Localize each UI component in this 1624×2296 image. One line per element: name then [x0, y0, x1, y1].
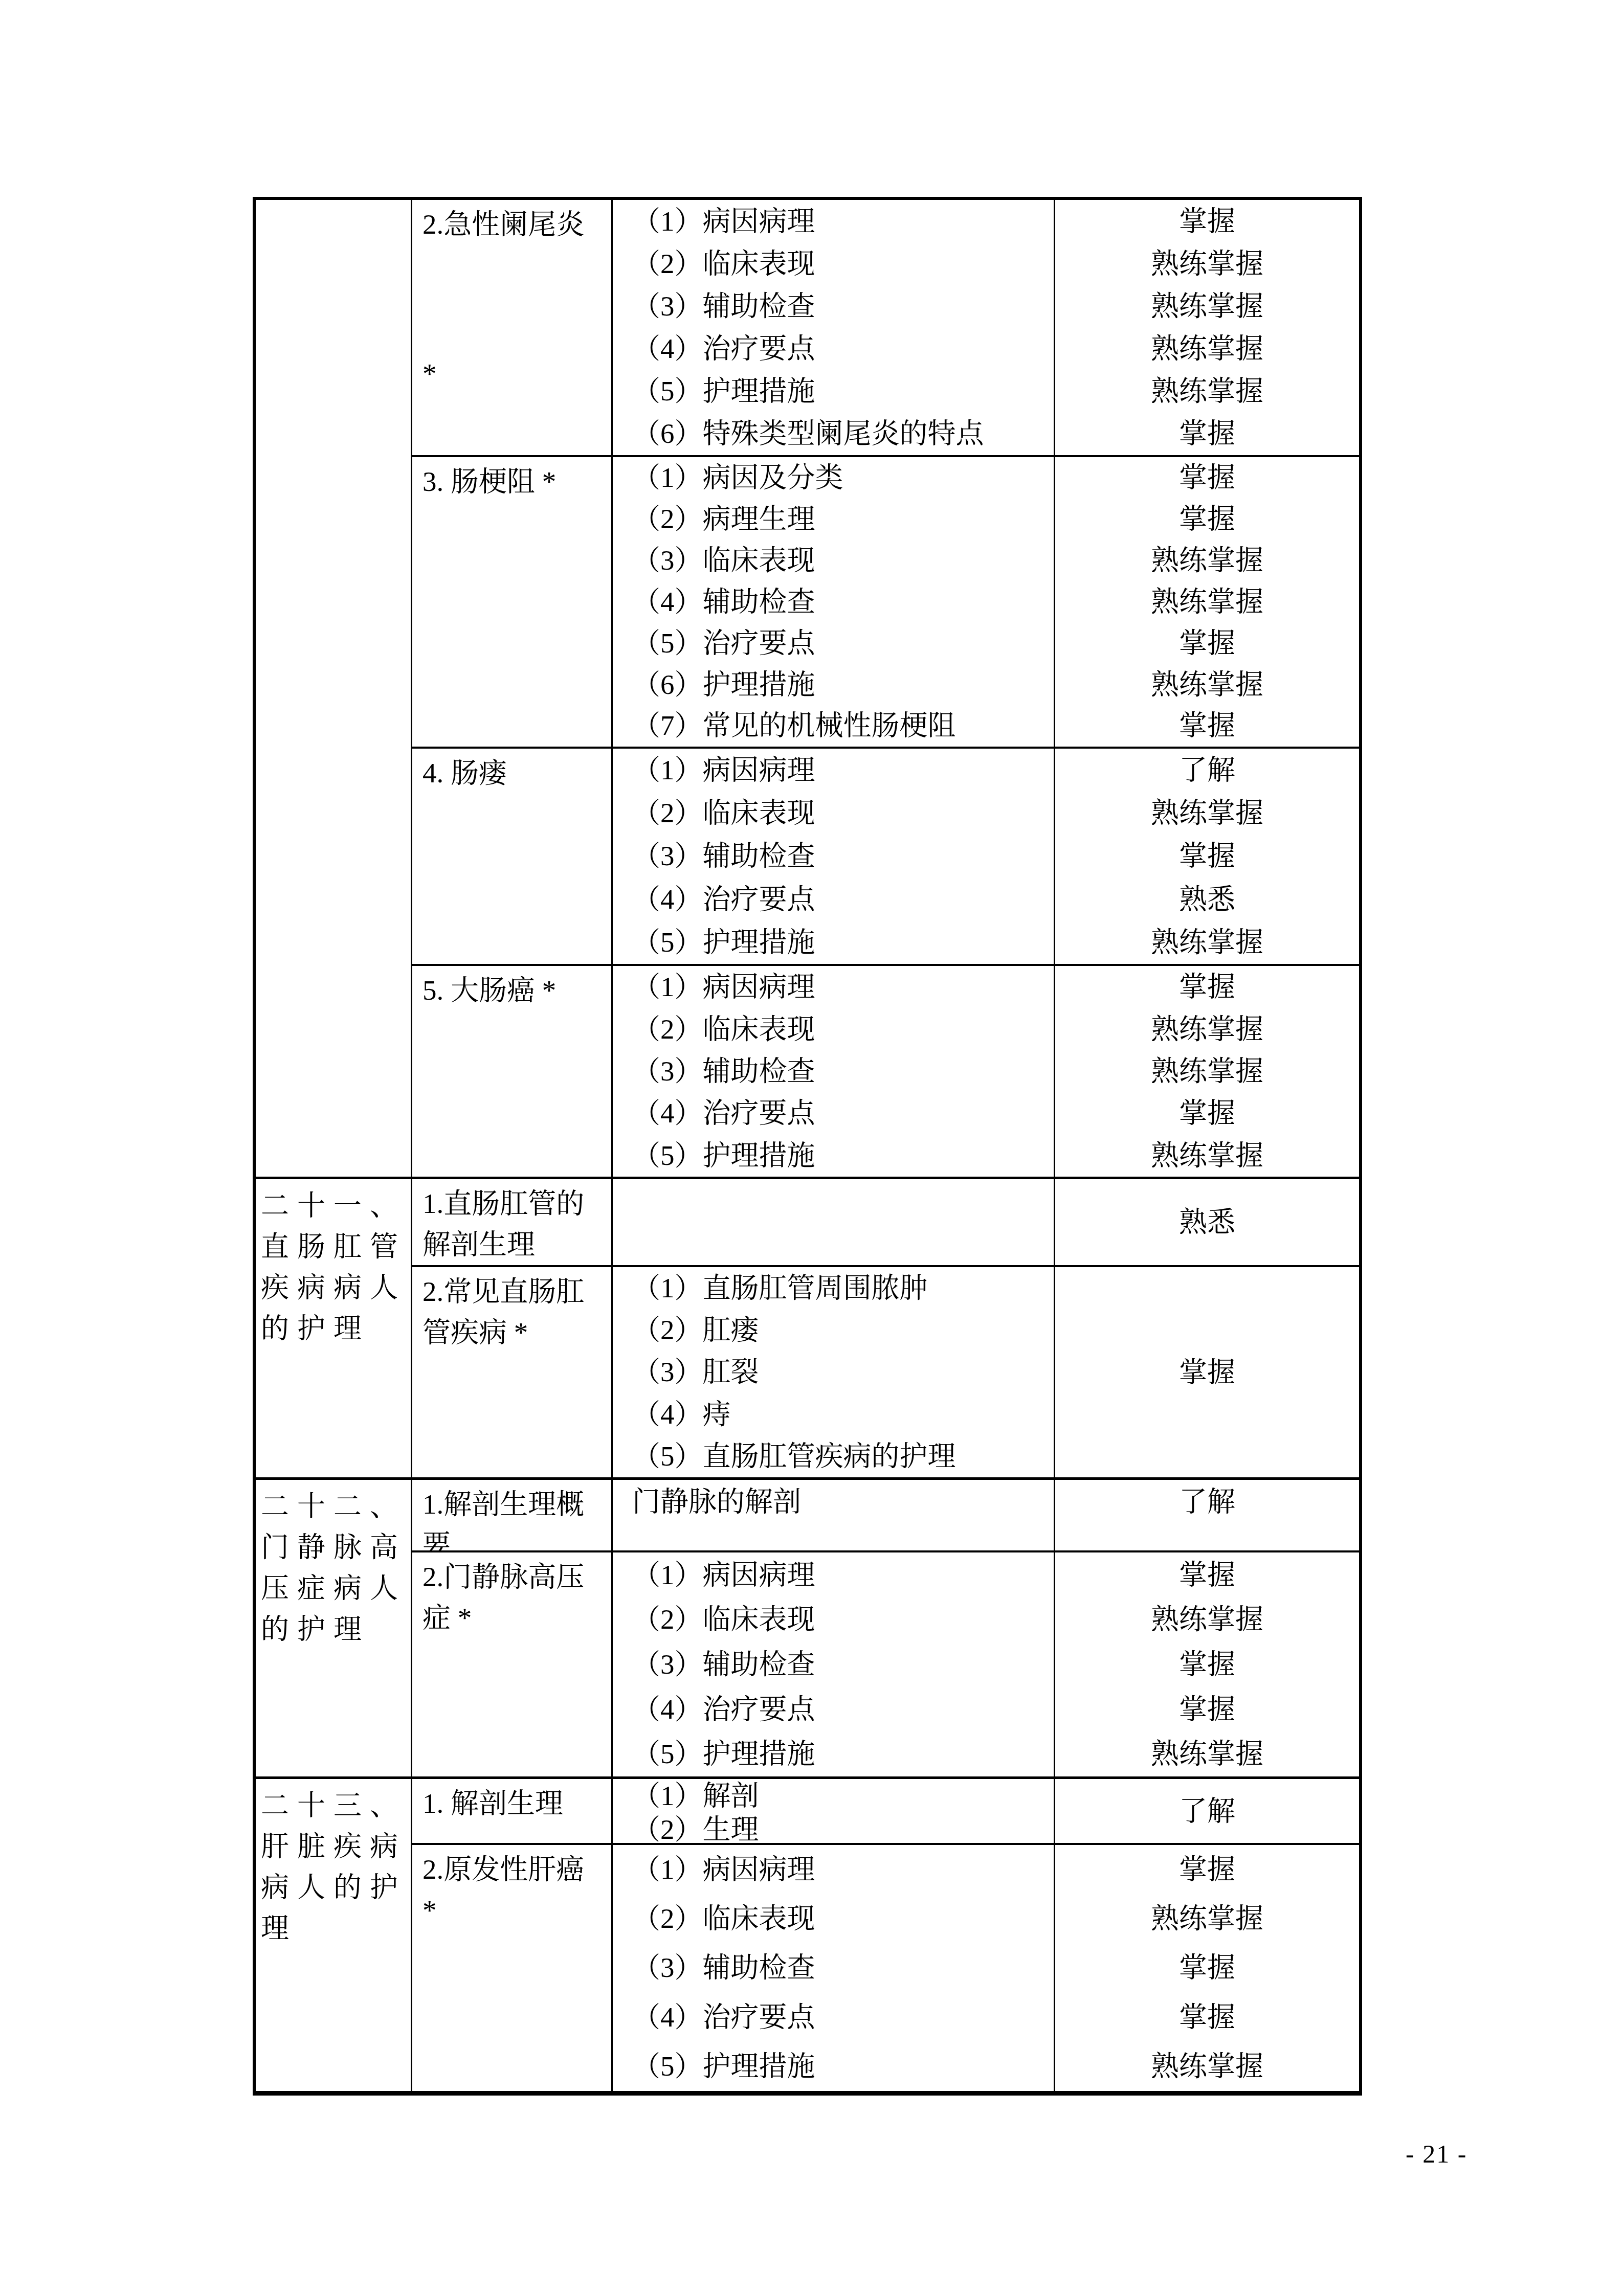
item-line: （1）病因病理 — [632, 753, 1054, 787]
mastery-level: 熟悉 — [1055, 883, 1359, 916]
mastery-level: 熟练掌握 — [1055, 1902, 1359, 1935]
item-line: （5）护理措施 — [632, 2050, 1054, 2083]
mastery-level: 了解 — [1055, 1485, 1359, 1519]
item-line: （6）特殊类型阑尾炎的特点 — [632, 417, 1054, 451]
item-line: （5）护理措施 — [632, 374, 1054, 408]
section-label-line: 症 * — [422, 1597, 607, 1638]
section-label-line: 3. 肠梗阻 * — [422, 461, 607, 502]
mastery-level: 熟练掌握 — [1055, 585, 1359, 619]
mastery-level: 熟练掌握 — [1055, 332, 1359, 366]
mastery-level: 掌握 — [1055, 1096, 1359, 1130]
items-cell: 门静脉的解剖 — [613, 1480, 1055, 1552]
item-line: （2）肛瘘 — [632, 1313, 1054, 1347]
item-line: （2）临床表现 — [632, 1012, 1054, 1046]
section-label-cell: 2.急性阑尾炎* — [412, 200, 613, 457]
section-label-line: 解剖生理 — [422, 1224, 607, 1265]
section-label-cell: 1.解剖生理概要 — [412, 1480, 613, 1552]
item-line: （2）生理 — [632, 1813, 1054, 1845]
chapter-title-line: 理 — [261, 1908, 408, 1949]
item-line: （4）治疗要点 — [632, 332, 1054, 366]
item-line: （7）常见的机械性肠梗阻 — [632, 709, 1054, 742]
item-line: （4）痔 — [632, 1398, 1054, 1431]
section-label-line: 5. 大肠癌 * — [422, 970, 607, 1011]
item-line: （5）护理措施 — [632, 1737, 1054, 1771]
mastery-level: 掌握 — [1055, 205, 1359, 238]
item-line: （5）护理措施 — [632, 926, 1054, 959]
item-line: （1）直肠肛管周围脓肿 — [632, 1271, 1054, 1305]
mastery-cell: 了解熟练掌握掌握熟悉熟练掌握 — [1055, 749, 1359, 966]
items-cell: （1）病因病理（2）临床表现（3）辅助检查（4）治疗要点（5）护理措施 — [613, 1552, 1055, 1779]
items-cell: （1）直肠肛管周围脓肿（2）肛瘘（3）肛裂（4）痔（5）直肠肛管疾病的护理 — [613, 1267, 1055, 1480]
mastery-level: 熟练掌握 — [1055, 1054, 1359, 1088]
items-cell: （1）解剖（2）生理 — [613, 1779, 1055, 1845]
section-label-cell: 1. 解剖生理 — [412, 1779, 613, 1845]
chapter-title-line: 直肠肛管 — [261, 1226, 408, 1267]
item-line: （3）辅助检查 — [632, 1951, 1054, 1985]
chapter-title-line: 二十三、 — [261, 1785, 408, 1826]
mastery-level: 熟练掌握 — [1055, 1012, 1359, 1046]
section-label-line: 2.原发性肝癌 — [422, 1849, 607, 1890]
section-label-line: 4. 肠瘘 — [422, 753, 607, 794]
item-line: （5）护理措施 — [632, 1139, 1054, 1173]
item-line: （2）临床表现 — [632, 1603, 1054, 1636]
item-line: （1）病因病理 — [632, 205, 1054, 238]
mastery-cell: 掌握掌握熟练掌握熟练掌握掌握熟练掌握掌握 — [1055, 457, 1359, 749]
chapter-title-line: 压症病人 — [261, 1568, 408, 1609]
mastery-level: 了解 — [1055, 753, 1359, 787]
mastery-level: 熟练掌握 — [1055, 1737, 1359, 1771]
mastery-level: 掌握 — [1055, 839, 1359, 873]
item-line: （2）病理生理 — [632, 502, 1054, 536]
item-line: （3）辅助检查 — [632, 1054, 1054, 1088]
mastery-level: 熟练掌握 — [1055, 796, 1359, 830]
item-line: （5）直肠肛管疾病的护理 — [632, 1439, 1054, 1473]
mastery-level: 掌握 — [1055, 1951, 1359, 1985]
mastery-level: 掌握 — [1055, 1558, 1359, 1592]
item-line: （6）护理措施 — [632, 668, 1054, 702]
mastery-level: 熟练掌握 — [1055, 1603, 1359, 1636]
mastery-level: 掌握 — [1055, 970, 1359, 1004]
item-line: （4）治疗要点 — [632, 2000, 1054, 2034]
mastery-level: 掌握 — [1055, 2000, 1359, 2034]
item-line: （1）病因及分类 — [632, 461, 1054, 494]
mastery-level: 熟悉 — [1179, 1207, 1235, 1237]
mastery-level: 熟练掌握 — [1055, 668, 1359, 702]
syllabus-table: 2.急性阑尾炎*（1）病因病理（2）临床表现（3）辅助检查（4）治疗要点（5）护… — [253, 197, 1362, 2096]
section-label-cell: 2.门静脉高压症 * — [412, 1552, 613, 1779]
document-page: { "page": { "number": "- 21 -" }, "table… — [0, 0, 1624, 2296]
mastery-level: 熟练掌握 — [1055, 1139, 1359, 1173]
section-label-line: 2.常见直肠肛 — [422, 1271, 607, 1312]
mastery-level: 熟练掌握 — [1055, 289, 1359, 323]
chapter-cell: 二十三、肝脏疾病病人的护理 — [256, 1779, 412, 2091]
section-label-line: * — [422, 1890, 607, 1931]
chapter-title-line: 疾病病人 — [261, 1267, 408, 1308]
section-label-line: 要 — [422, 1525, 607, 1552]
chapter-title-line: 门静脉高 — [261, 1527, 408, 1568]
mastery-level: 熟练掌握 — [1055, 247, 1359, 281]
mastery-level: 了解 — [1179, 1796, 1235, 1827]
mastery-level: 熟练掌握 — [1055, 374, 1359, 408]
mastery-level: 掌握 — [1055, 1693, 1359, 1726]
chapter-title-line: 二十一、 — [261, 1185, 408, 1226]
item-line: （4）治疗要点 — [632, 1693, 1054, 1726]
page-number: - 21 - — [1406, 2139, 1467, 2169]
section-label-cell: 2.常见直肠肛管疾病 * — [412, 1267, 613, 1480]
item-line: （3）辅助检查 — [632, 839, 1054, 873]
item-line: （2）临床表现 — [632, 1902, 1054, 1935]
mastery-level: 熟练掌握 — [1055, 926, 1359, 959]
item-line: （1）病因病理 — [632, 970, 1054, 1004]
section-label-line: 1.解剖生理概 — [422, 1484, 607, 1525]
item-line: （4）辅助检查 — [632, 585, 1054, 619]
item-line: （1）病因病理 — [632, 1853, 1054, 1886]
section-label-cell: 1.直肠肛管的解剖生理 — [412, 1179, 613, 1267]
mastery-cell: 了解 — [1055, 1779, 1359, 1845]
items-cell: （1）病因病理（2）临床表现（3）辅助检查（4）治疗要点（5）护理措施 — [613, 966, 1055, 1179]
item-line: （3）辅助检查 — [632, 289, 1054, 323]
chapter-title-line: 的护理 — [261, 1308, 408, 1349]
section-label-line: 管疾病 * — [422, 1312, 607, 1353]
mastery-level: 掌握 — [1055, 502, 1359, 536]
mastery-cell: 掌握熟练掌握熟练掌握熟练掌握熟练掌握掌握 — [1055, 200, 1359, 457]
chapter-title-line: 二十二、 — [261, 1486, 408, 1527]
mastery-level: 掌握 — [1055, 461, 1359, 494]
mastery-cell: 熟悉 — [1055, 1179, 1359, 1267]
chapter-title-line: 病人的护 — [261, 1867, 408, 1908]
section-label-line: 1.直肠肛管的 — [422, 1183, 607, 1224]
mastery-cell: 掌握熟练掌握熟练掌握掌握熟练掌握 — [1055, 966, 1359, 1179]
item-line: （3）临床表现 — [632, 544, 1054, 577]
section-label-line: 1. 解剖生理 — [422, 1783, 607, 1824]
item-line: （2）临床表现 — [632, 796, 1054, 830]
mastery-level: 掌握 — [1055, 417, 1359, 451]
items-cell: （1）病因及分类（2）病理生理（3）临床表现（4）辅助检查（5）治疗要点（6）护… — [613, 457, 1055, 749]
chapter-title-line: 的护理 — [261, 1609, 408, 1650]
mastery-cell: 掌握熟练掌握掌握掌握熟练掌握 — [1055, 1845, 1359, 2091]
section-label-cell: 5. 大肠癌 * — [412, 966, 613, 1179]
chapter-cell: 二十一、直肠肛管疾病病人的护理 — [256, 1179, 412, 1480]
mastery-cell: 掌握 — [1055, 1267, 1359, 1480]
mastery-level: 掌握 — [1055, 709, 1359, 742]
chapter-cell — [256, 200, 412, 1179]
section-label-cell: 4. 肠瘘 — [412, 749, 613, 966]
mastery-level: 掌握 — [1055, 626, 1359, 660]
items-cell: （1）病因病理（2）临床表现（3）辅助检查（4）治疗要点（5）护理措施 — [613, 749, 1055, 966]
mastery-level: 掌握 — [1179, 1357, 1235, 1388]
item-line: （2）临床表现 — [632, 247, 1054, 281]
mastery-level: 熟练掌握 — [1055, 544, 1359, 577]
section-label-cell: 2.原发性肝癌* — [412, 1845, 613, 2091]
mastery-level: 掌握 — [1055, 1648, 1359, 1681]
item-line: （5）治疗要点 — [632, 626, 1054, 660]
section-label-line: 2.门静脉高压 — [422, 1557, 607, 1597]
item-line: （3）肛裂 — [632, 1355, 1054, 1389]
items-cell: （1）病因病理（2）临床表现（3）辅助检查（4）治疗要点（5）护理措施（6）特殊… — [613, 200, 1055, 457]
mastery-cell: 了解 — [1055, 1480, 1359, 1552]
item-line: （3）辅助检查 — [632, 1648, 1054, 1681]
section-label-line: 2.急性阑尾炎 — [422, 204, 607, 245]
item-line: （1）解剖 — [632, 1779, 1054, 1813]
chapter-cell: 二十二、门静脉高压症病人的护理 — [256, 1480, 412, 1779]
items-cell: （1）病因病理（2）临床表现（3）辅助检查（4）治疗要点（5）护理措施 — [613, 1845, 1055, 2091]
item-line: 门静脉的解剖 — [632, 1485, 1054, 1519]
item-line: （4）治疗要点 — [632, 1096, 1054, 1130]
section-label-line: * — [422, 353, 607, 394]
mastery-level: 掌握 — [1055, 1853, 1359, 1886]
chapter-title-line: 肝脏疾病 — [261, 1826, 408, 1867]
item-line: （1）病因病理 — [632, 1558, 1054, 1592]
section-label-cell: 3. 肠梗阻 * — [412, 457, 613, 749]
item-line: （4）治疗要点 — [632, 883, 1054, 916]
mastery-cell: 掌握熟练掌握掌握掌握熟练掌握 — [1055, 1552, 1359, 1779]
mastery-level: 熟练掌握 — [1055, 2050, 1359, 2083]
items-cell — [613, 1179, 1055, 1267]
